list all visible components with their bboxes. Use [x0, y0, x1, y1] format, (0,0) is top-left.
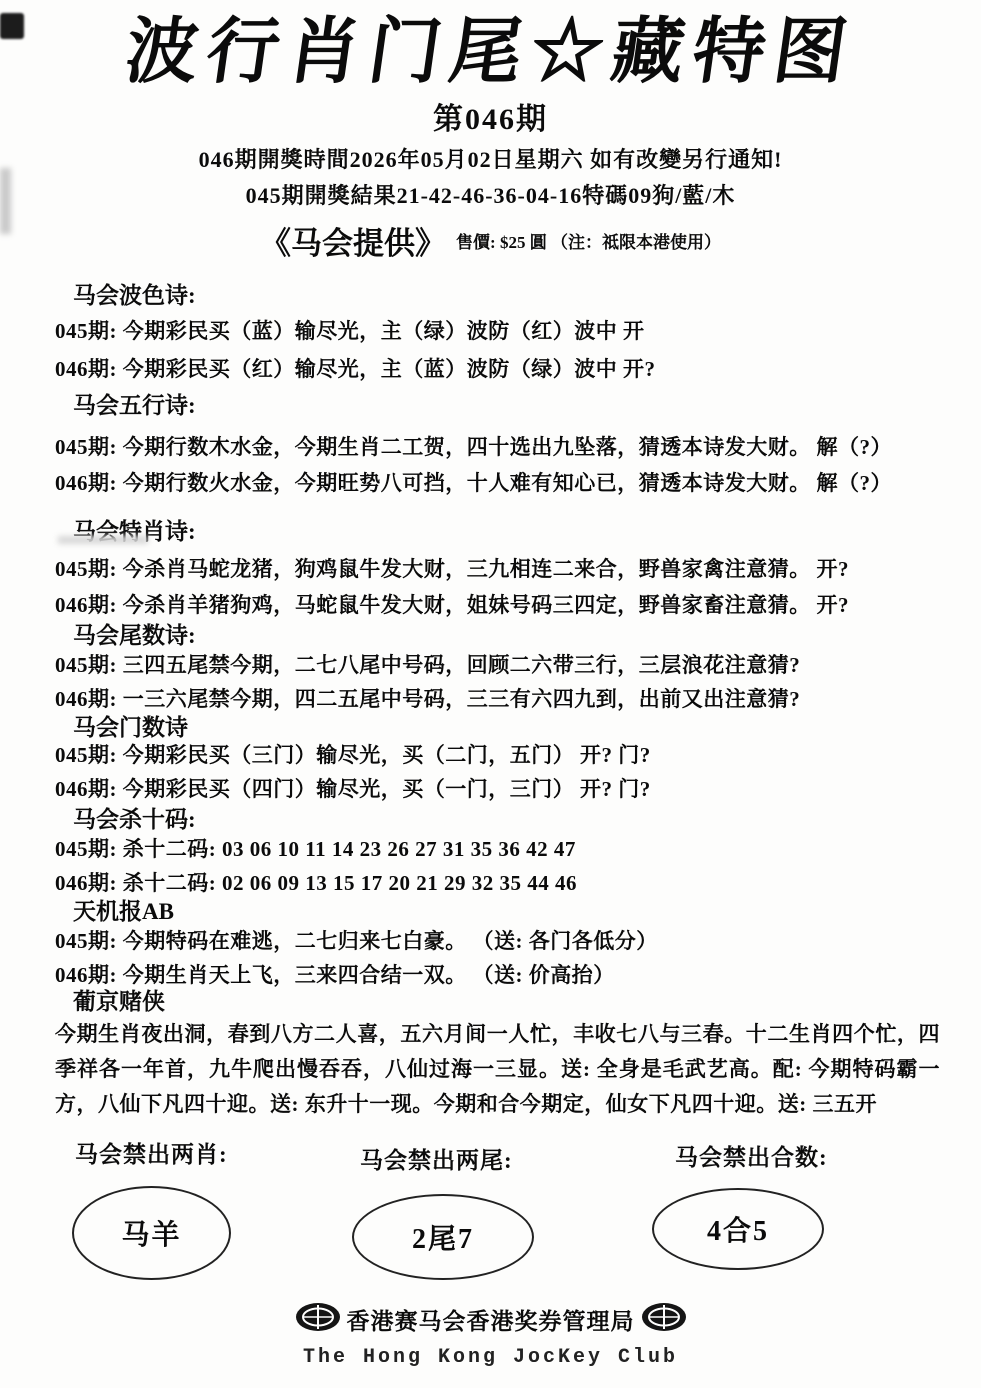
poem-line-045: 045期: 今期彩民买（三门）输尽光，买（二门，五门） 开? 门? [55, 741, 943, 769]
poem-line-046: 046期: 今期彩民买（四门）输尽光，买（一门，三门） 开? 门? [55, 775, 943, 803]
last-result-line: 045期開獎結果21-42-46-36-04-16特碼09狗/藍/木 [0, 179, 981, 210]
forbidden-sum-oval: 4合5 [652, 1188, 824, 1270]
price-note: 售價: $25 圓 （注：祗限本港使用） [456, 228, 721, 253]
sheet-footer: 香港赛马会香港奖券管理局 The Hong Kong JocKey Club [0, 1302, 981, 1369]
section-tail-number-poem: 马会尾数诗: 045期: 三四五尾禁今期，二七八尾中号码，回顾二六带三行，三层浪… [55, 623, 943, 713]
section-wave-color-poem: 马会波色诗: 045期: 今期彩民买（蓝）输尽光，主（绿）波防（红）波中 开 0… [55, 283, 943, 383]
section-kill-codes: 马会杀十码: 045期: 杀十二码: 03 06 10 11 14 23 26 … [55, 807, 943, 897]
section-heading: 天机报AB [73, 899, 943, 925]
pujing-paragraph: 今期生肖夜出洞，春到八方二人喜，五六月间一人忙，丰收七八与三春。十二生肖四个忙，… [55, 1017, 940, 1122]
scan-noise-smudge [58, 536, 148, 544]
section-special-zodiac-poem: 马会特肖诗: 045期: 今杀肖马蛇龙猪，狗鸡鼠牛发大财，三九相连二来合，野兽家… [55, 519, 943, 619]
section-heading: 马会尾数诗: [73, 623, 943, 649]
poem-line-045: 045期: 今期彩民买（蓝）输尽光，主（绿）波防（红）波中 开 [55, 317, 943, 345]
poem-line-046: 046期: 今杀肖羊猪狗鸡，马蛇鼠牛发大财，姐妹号码三四定，野兽家畜注意猜。 开… [55, 591, 943, 619]
sheet-body: 马会波色诗: 045期: 今期彩民买（蓝）输尽光，主（绿）波防（红）波中 开 0… [0, 283, 981, 1122]
provider-row: 《马会提供》 售價: $25 圓 （注：祗限本港使用） [0, 218, 981, 263]
section-heading: 马会杀十码: [73, 807, 943, 833]
poem-line-046: 046期: 今期行数火水金，今期旺势八可挡，十人难有知心已，猜透本诗发大财。 解… [55, 469, 943, 497]
poem-line-046: 046期: 今期生肖天上飞，三来四合结一双。 （送: 价高抬） [55, 961, 943, 989]
kill-codes-046: 046期: 杀十二码: 02 06 09 13 15 17 20 21 29 3… [55, 869, 943, 897]
forbidden-zodiac-oval: 马羊 [72, 1186, 231, 1280]
kill-codes-045: 045期: 杀十二码: 03 06 10 11 14 23 26 27 31 3… [55, 835, 943, 863]
poem-line-045: 045期: 三四五尾禁今期，二七八尾中号码，回顾二六带三行，三层浪花注意猜? [55, 651, 943, 679]
section-heading: 马会波色诗: [73, 283, 943, 309]
sheet-header: 波行肖门尾☆藏特图 第046期 046期開獎時間2026年05月02日星期六 如… [0, 14, 981, 263]
section-tianji-report: 天机报AB 045期: 今期特码在难逃，二七归来七白豪。 （送: 各门各低分） … [55, 899, 943, 989]
forbidden-row: 马会禁出两肖: 马会禁出两尾: 马会禁出合数: 马羊 2尾7 4合5 [0, 1130, 981, 1298]
poem-line-046: 046期: 一三六尾禁今期，四二五尾中号码，三三有六四九到，出前又出注意猜? [55, 685, 943, 713]
hkjc-emblem-icon [295, 1302, 341, 1337]
section-heading: 马会门数诗 [73, 715, 943, 741]
poem-line-045: 045期: 今期行数木水金，今期生肖二工贺，四十选出九坠落，猜透本诗发大财。 解… [55, 433, 943, 461]
provider-name: 《马会提供》 [260, 218, 446, 263]
sheet-title: 波行肖门尾☆藏特图 [0, 14, 981, 92]
draw-time-line: 046期開獎時間2026年05月02日星期六 如有改變另行通知! [0, 143, 981, 174]
forbidden-sum-label: 马会禁出合数: [675, 1139, 828, 1172]
scan-noise-smudge [0, 168, 11, 234]
scanned-lottery-sheet: 波行肖门尾☆藏特图 第046期 046期開獎時間2026年05月02日星期六 如… [0, 0, 981, 1388]
issue-number: 第046期 [0, 94, 981, 138]
section-five-elements-poem: 马会五行诗: 045期: 今期行数木水金，今期生肖二工贺，四十选出九坠落，猜透本… [55, 393, 943, 497]
poem-line-046: 046期: 今期彩民买（红）输尽光，主（蓝）波防（绿）波中 开? [55, 355, 943, 383]
forbidden-tail-label: 马会禁出两尾: [360, 1142, 513, 1175]
section-heading: 葡京赌侠 [73, 989, 943, 1015]
footer-english-text: The Hong Kong JocKey Club [0, 1346, 981, 1369]
section-pujing-gambler: 葡京赌侠 今期生肖夜出洞，春到八方二人喜，五六月间一人忙，丰收七八与三春。十二生… [55, 989, 943, 1122]
hkjc-emblem-icon [641, 1302, 687, 1337]
section-heading: 马会特肖诗: [73, 519, 943, 545]
forbidden-tail-oval: 2尾7 [352, 1194, 534, 1280]
footer-logo-row: 香港赛马会香港奖券管理局 [295, 1302, 687, 1337]
poem-line-045: 045期: 今期特码在难逃，二七归来七白豪。 （送: 各门各低分） [55, 927, 943, 955]
poem-line-045: 045期: 今杀肖马蛇龙猪，狗鸡鼠牛发大财，三九相连二来合，野兽家禽注意猜。 开… [55, 555, 943, 583]
section-gate-number-poem: 马会门数诗 045期: 今期彩民买（三门）输尽光，买（二门，五门） 开? 门? … [55, 715, 943, 803]
footer-chinese-text: 香港赛马会香港奖券管理局 [347, 1303, 635, 1336]
section-heading: 马会五行诗: [73, 393, 943, 419]
forbidden-zodiac-label: 马会禁出两肖: [75, 1136, 228, 1169]
